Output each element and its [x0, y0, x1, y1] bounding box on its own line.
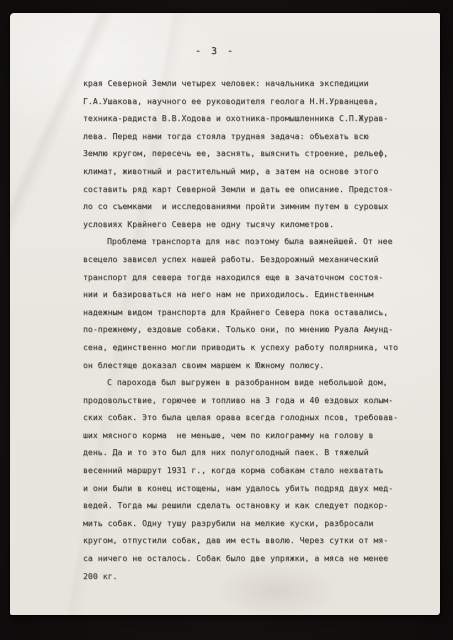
text-line: и они были в конец истощены, нам удалось…	[83, 480, 413, 498]
paragraph-2: Проблема транспорта для нас поэтому была…	[83, 233, 413, 374]
text-line: кругом, отпустили собак, дав им есть вво…	[83, 532, 413, 550]
text-line: всецело зависел успех нашей работы. Безд…	[83, 251, 413, 269]
text-line: ведей. Тогда мы решили сделать остановку…	[83, 497, 413, 515]
scan-background: - 3 - края Северной Земли четырех челове…	[0, 0, 453, 640]
text-line: надежным видом транспорта для Крайнего С…	[83, 304, 413, 322]
text-line: нии и базироваться на него нам не приход…	[83, 286, 413, 304]
text-line: Землю кругом, пересечь ее, заснять, выяс…	[83, 145, 413, 163]
page-number: - 3 -	[10, 46, 420, 57]
text-line: техника-радиста В.В.Ходова и охотника-пр…	[83, 110, 413, 128]
text-line: края Северной Земли четырех человек: нач…	[83, 75, 413, 93]
text-line: день. Да и то это был для них полуголодн…	[83, 444, 413, 462]
text-line: Проблема транспорта для нас поэтому была…	[83, 233, 413, 251]
text-line: С парохода был выгружен в разобранном ви…	[83, 374, 413, 392]
page-text: края Северной Земли четырех человек: нач…	[83, 75, 413, 585]
text-line: условиях Крайнего Севера не одну тысячу …	[83, 216, 413, 234]
document-page: - 3 - края Северной Земли четырех челове…	[10, 13, 440, 615]
text-line: по-прежнему, ездовые собаки. Только они,…	[83, 321, 413, 339]
text-line: ло со съемками и исследованиями пройти з…	[83, 198, 413, 216]
text-line: продовольствие, горючее и топливо на 3 г…	[83, 392, 413, 410]
text-line: са ничего не осталось. Собак было две уп…	[83, 550, 413, 568]
text-line: ских собак. Это была целая орава всегда …	[83, 409, 413, 427]
text-line: 200 кг.	[83, 568, 413, 586]
text-line: транспорт для севера тогда находился еще…	[83, 269, 413, 287]
text-line: ших мясного корма не меньше, чем по кило…	[83, 427, 413, 445]
text-line: он блестяще доказал своим маршем к Южном…	[83, 357, 413, 375]
text-line: Г.А.Ушакова, научного ее руководителя ге…	[83, 93, 413, 111]
text-line: мить собак. Одну тушу разрубили на мелки…	[83, 515, 413, 533]
text-line: сена, единственно могли приводить к успе…	[83, 339, 413, 357]
text-line: весенний маршрут 1931 г., когда корма со…	[83, 462, 413, 480]
paragraph-1: края Северной Земли четырех человек: нач…	[83, 75, 413, 233]
text-line: лева. Перед нами тогда стояла трудная за…	[83, 128, 413, 146]
paragraph-3: С парохода был выгружен в разобранном ви…	[83, 374, 413, 585]
text-line: составить ряд карт Северной Земли и дать…	[83, 181, 413, 199]
text-line: климат, животный и растительный мир, а з…	[83, 163, 413, 181]
